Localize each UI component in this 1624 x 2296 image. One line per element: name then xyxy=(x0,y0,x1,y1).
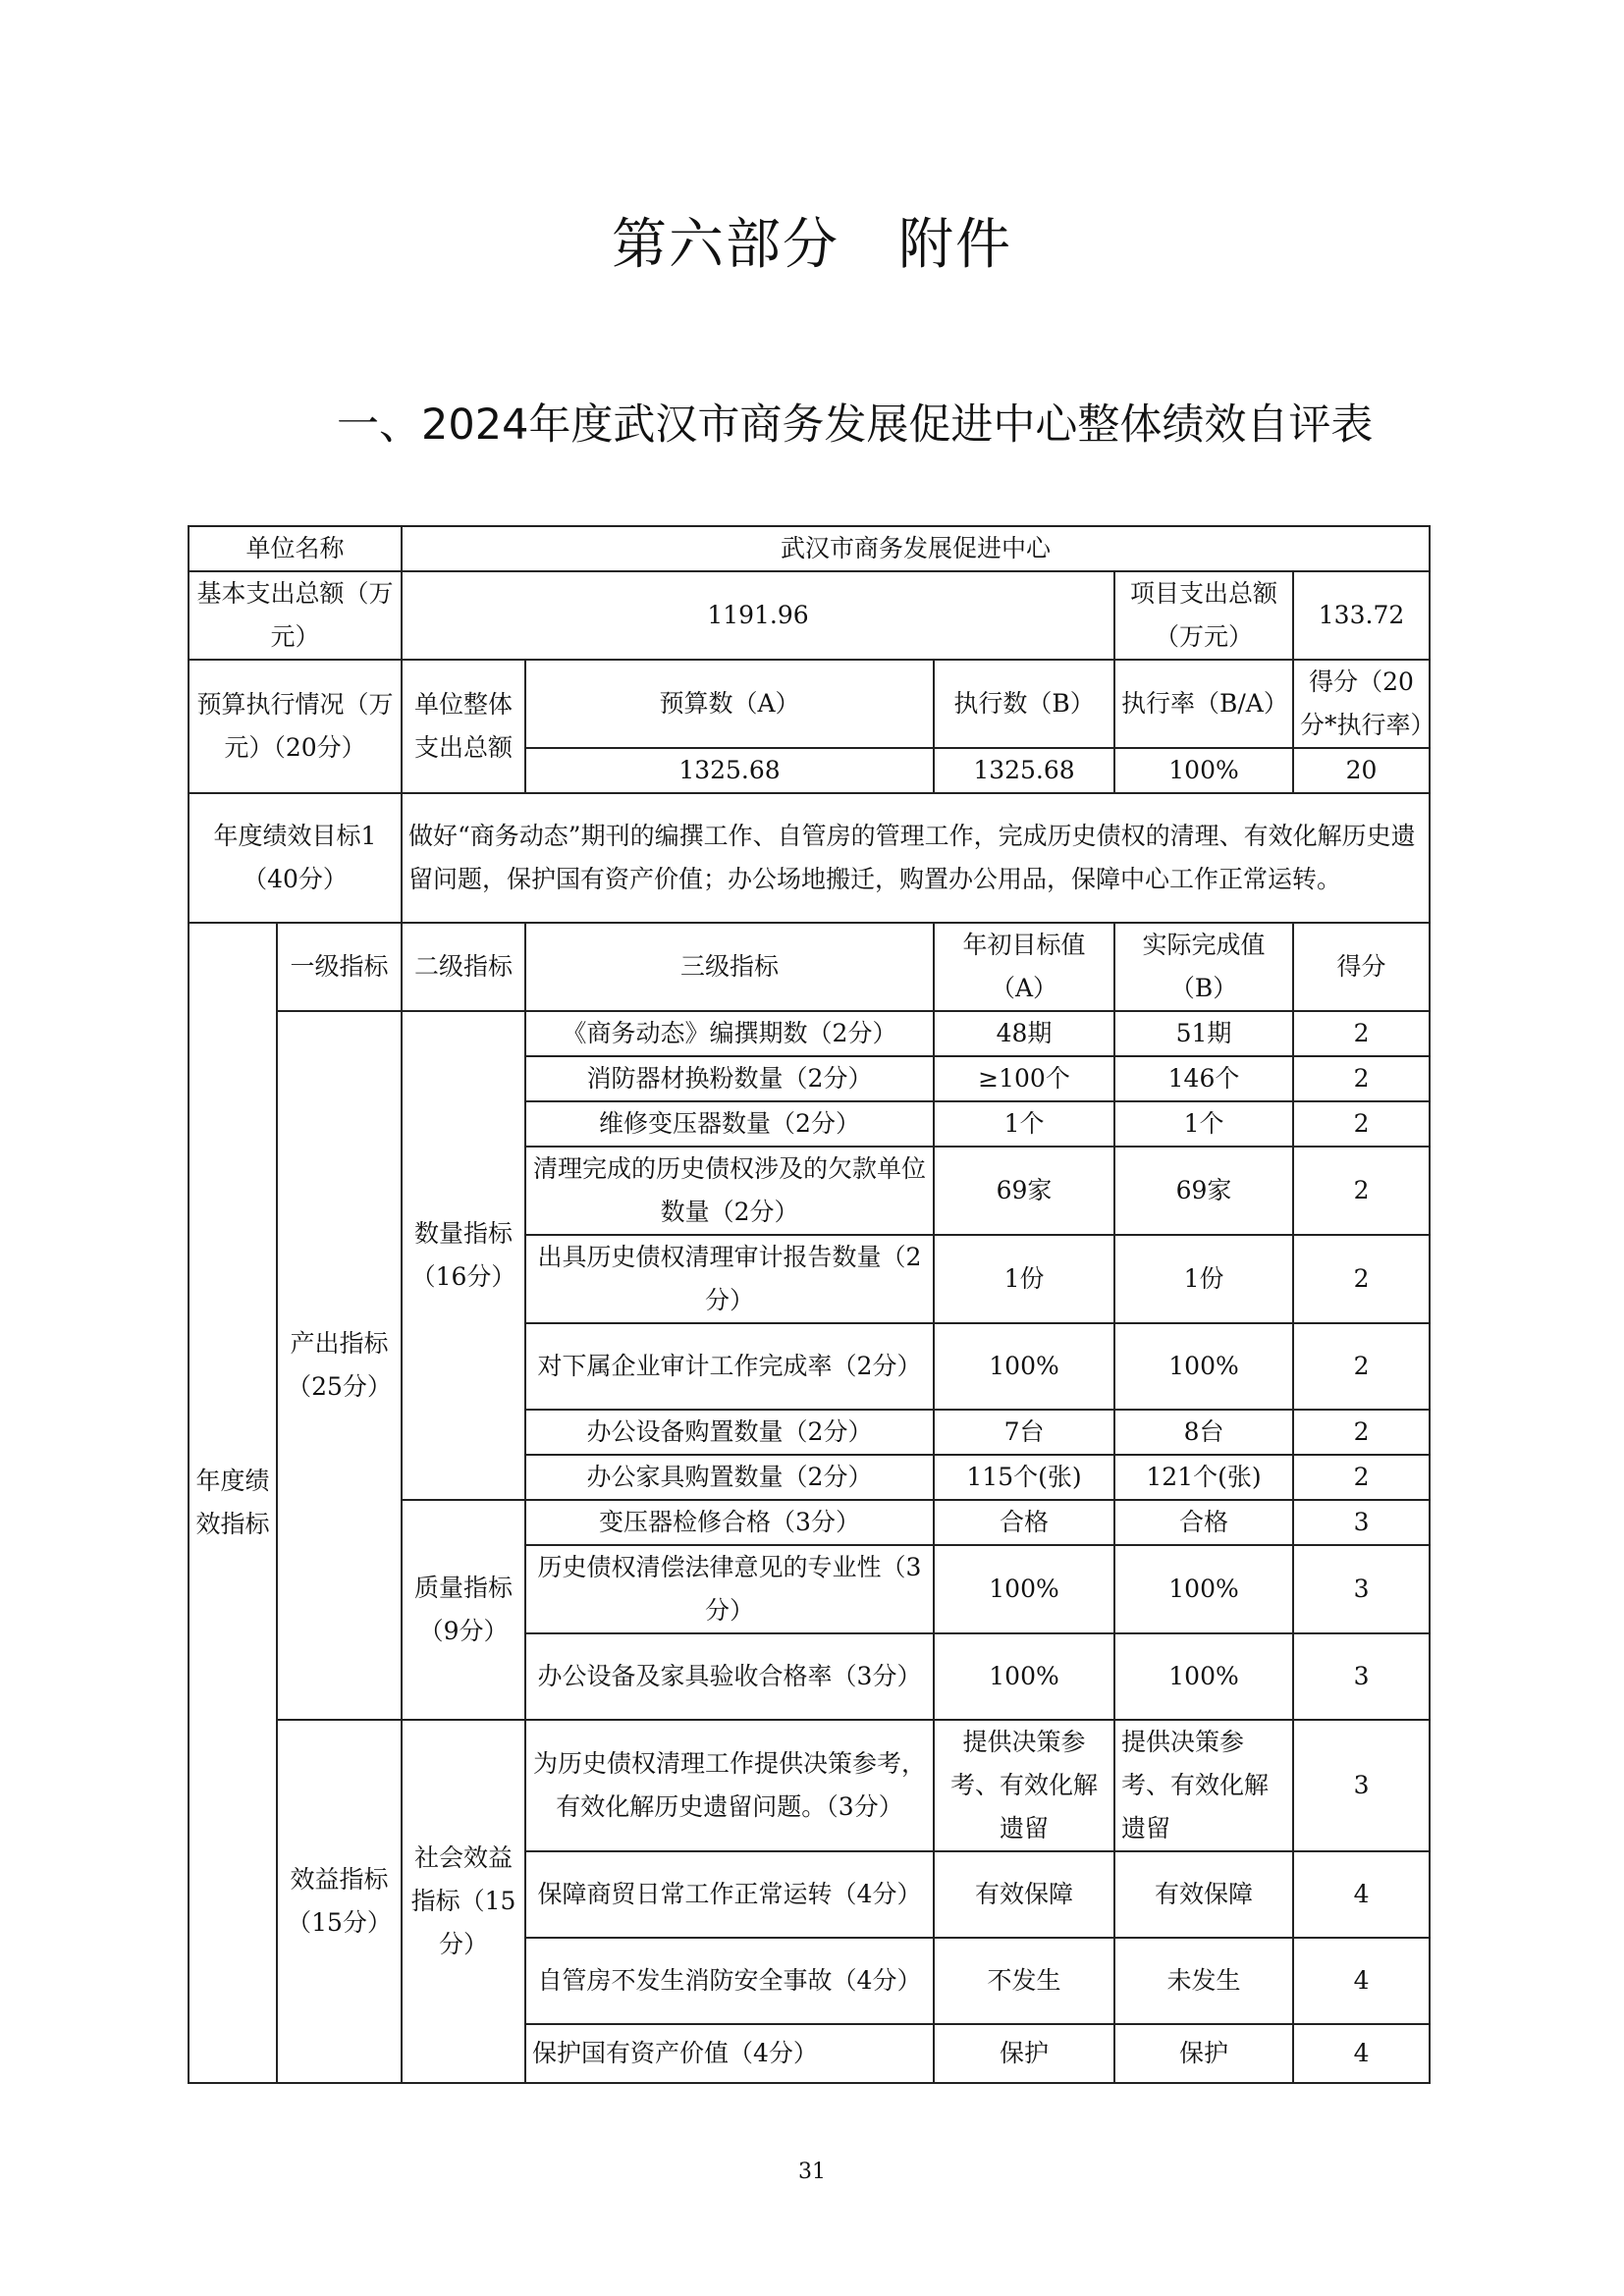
actual-cell: 有效保障 xyxy=(1114,1851,1293,1938)
rate-header: 执行率（B/A） xyxy=(1114,660,1293,748)
indicator-cell: 历史债权清偿法律意见的专业性（3分） xyxy=(525,1545,934,1633)
actual-cell: 146个 xyxy=(1114,1056,1293,1101)
score-cell: 2 xyxy=(1293,1410,1430,1455)
score-cell: 2 xyxy=(1293,1147,1430,1235)
budget-header: 预算数（A） xyxy=(525,660,934,748)
target-cell: 7台 xyxy=(934,1410,1114,1455)
score-cell: 2 xyxy=(1293,1455,1430,1500)
score-header: 得分（20分*执行率） xyxy=(1293,660,1430,748)
actual-cell: 未发生 xyxy=(1114,1938,1293,2024)
project-expense-value: 133.72 xyxy=(1293,571,1430,660)
exec-header: 执行数（B） xyxy=(934,660,1114,748)
target-cell: 100% xyxy=(934,1545,1114,1633)
score-cell: 2 xyxy=(1293,1323,1430,1410)
score-cell: 2 xyxy=(1293,1056,1430,1101)
unit-name-value: 武汉市商务发展促进中心 xyxy=(402,526,1430,571)
score-cell: 3 xyxy=(1293,1720,1430,1851)
target-cell: ≥100个 xyxy=(934,1056,1114,1101)
project-expense-label: 项目支出总额（万元） xyxy=(1114,571,1293,660)
score-cell: 4 xyxy=(1293,1851,1430,1938)
indicators-label: 年度绩效指标 xyxy=(189,923,277,2083)
actual-cell: 合格 xyxy=(1114,1500,1293,1545)
score-cell: 3 xyxy=(1293,1545,1430,1633)
header-score: 得分 xyxy=(1293,923,1430,1011)
indicator-cell: 出具历史债权清理审计报告数量（2分） xyxy=(525,1235,934,1323)
table-row: 预算执行情况（万元）（20分） 单位整体支出总额 预算数（A） 执行数（B） 执… xyxy=(189,660,1430,748)
budget-value: 1325.68 xyxy=(525,748,934,793)
page-number: 31 xyxy=(0,2160,1624,2184)
target-cell: 69家 xyxy=(934,1147,1114,1235)
score-cell: 2 xyxy=(1293,1011,1430,1056)
indicator-cell: 《商务动态》编撰期数（2分） xyxy=(525,1011,934,1056)
indicator-cell: 办公家具购置数量（2分） xyxy=(525,1455,934,1500)
unit-total-label: 单位整体支出总额 xyxy=(402,660,525,793)
indicator-cell: 自管房不发生消防安全事故（4分） xyxy=(525,1938,934,2024)
table-row: 产出指标（25分） 数量指标（16分） 《商务动态》编撰期数（2分） 48期 5… xyxy=(189,1011,1430,1056)
basic-expense-label: 基本支出总额（万元） xyxy=(189,571,402,660)
indicator-cell: 变压器检修合格（3分） xyxy=(525,1500,934,1545)
part-title: 第六部分附件 xyxy=(0,201,1624,280)
indicator-cell: 保障商贸日常工作正常运转（4分） xyxy=(525,1851,934,1938)
target-cell: 有效保障 xyxy=(934,1851,1114,1938)
table-header-row: 年度绩效指标 一级指标 二级指标 三级指标 年初目标值（A） 实际完成值（B） … xyxy=(189,923,1430,1011)
group-output: 产出指标（25分） xyxy=(277,1011,402,1720)
target-cell: 100% xyxy=(934,1323,1114,1410)
actual-cell: 1份 xyxy=(1114,1235,1293,1323)
score-cell: 2 xyxy=(1293,1101,1430,1147)
section-title-text: 一、2024年度武汉市商务发展促进中心整体绩效自评表 xyxy=(337,400,1373,450)
actual-cell: 保护 xyxy=(1114,2024,1293,2083)
part-title-name: 附件 xyxy=(898,213,1012,277)
target-cell: 1个 xyxy=(934,1101,1114,1147)
group-quality: 质量指标（9分） xyxy=(402,1500,525,1720)
score-cell: 3 xyxy=(1293,1500,1430,1545)
rate-value: 100% xyxy=(1114,748,1293,793)
actual-cell: 1个 xyxy=(1114,1101,1293,1147)
goal-text: 做好“商务动态”期刊的编撰工作、自管房的管理工作，完成历史债权的清理、有效化解历… xyxy=(402,793,1430,923)
part-title-number: 第六部分 xyxy=(612,213,839,277)
score-cell: 3 xyxy=(1293,1633,1430,1720)
target-cell: 提供决策参考、有效化解遗留 xyxy=(934,1720,1114,1851)
section-title: 一、2024年度武汉市商务发展促进中心整体绩效自评表 xyxy=(244,378,1441,472)
budget-exec-label: 预算执行情况（万元）（20分） xyxy=(189,660,402,793)
score-cell: 2 xyxy=(1293,1235,1430,1323)
indicator-cell: 对下属企业审计工作完成率（2分） xyxy=(525,1323,934,1410)
actual-cell: 121个(张) xyxy=(1114,1455,1293,1500)
indicator-cell: 保护国有资产价值（4分） xyxy=(525,2024,934,2083)
target-cell: 1份 xyxy=(934,1235,1114,1323)
actual-cell: 69家 xyxy=(1114,1147,1293,1235)
header-level2: 二级指标 xyxy=(402,923,525,1011)
basic-expense-value: 1191.96 xyxy=(402,571,1114,660)
score-cell: 4 xyxy=(1293,1938,1430,2024)
header-actual: 实际完成值（B） xyxy=(1114,923,1293,1011)
target-cell: 合格 xyxy=(934,1500,1114,1545)
unit-name-label: 单位名称 xyxy=(189,526,402,571)
table-row: 年度绩效目标1（40分） 做好“商务动态”期刊的编撰工作、自管房的管理工作，完成… xyxy=(189,793,1430,923)
group-quantity: 数量指标（16分） xyxy=(402,1011,525,1500)
actual-cell: 100% xyxy=(1114,1323,1293,1410)
header-level1: 一级指标 xyxy=(277,923,402,1011)
indicator-cell: 清理完成的历史债权涉及的欠款单位数量（2分） xyxy=(525,1147,934,1235)
actual-cell: 51期 xyxy=(1114,1011,1293,1056)
actual-cell: 提供决策参考、有效化解遗留 xyxy=(1114,1720,1293,1851)
indicator-cell: 为历史债权清理工作提供决策参考，有效化解历史遗留问题。（3分） xyxy=(525,1720,934,1851)
group-social: 社会效益指标（15分） xyxy=(402,1720,525,2083)
target-cell: 48期 xyxy=(934,1011,1114,1056)
target-cell: 100% xyxy=(934,1633,1114,1720)
indicator-cell: 维修变压器数量（2分） xyxy=(525,1101,934,1147)
score-cell: 4 xyxy=(1293,2024,1430,2083)
header-target: 年初目标值（A） xyxy=(934,923,1114,1011)
header-level3: 三级指标 xyxy=(525,923,934,1011)
score-value: 20 xyxy=(1293,748,1430,793)
table-row: 效益指标（15分） 社会效益指标（15分） 为历史债权清理工作提供决策参考，有效… xyxy=(189,1720,1430,1851)
group-benefit: 效益指标（15分） xyxy=(277,1720,402,2083)
indicator-cell: 办公设备及家具验收合格率（3分） xyxy=(525,1633,934,1720)
exec-value: 1325.68 xyxy=(934,748,1114,793)
target-cell: 保护 xyxy=(934,2024,1114,2083)
target-cell: 不发生 xyxy=(934,1938,1114,2024)
target-cell: 115个(张) xyxy=(934,1455,1114,1500)
actual-cell: 8台 xyxy=(1114,1410,1293,1455)
goal-label: 年度绩效目标1（40分） xyxy=(189,793,402,923)
performance-evaluation-table: 单位名称 武汉市商务发展促进中心 基本支出总额（万元） 1191.96 项目支出… xyxy=(188,525,1431,2084)
indicator-cell: 消防器材换粉数量（2分） xyxy=(525,1056,934,1101)
indicator-cell: 办公设备购置数量（2分） xyxy=(525,1410,934,1455)
table-row: 单位名称 武汉市商务发展促进中心 xyxy=(189,526,1430,571)
actual-cell: 100% xyxy=(1114,1545,1293,1633)
table-row: 基本支出总额（万元） 1191.96 项目支出总额（万元） 133.72 xyxy=(189,571,1430,660)
actual-cell: 100% xyxy=(1114,1633,1293,1720)
